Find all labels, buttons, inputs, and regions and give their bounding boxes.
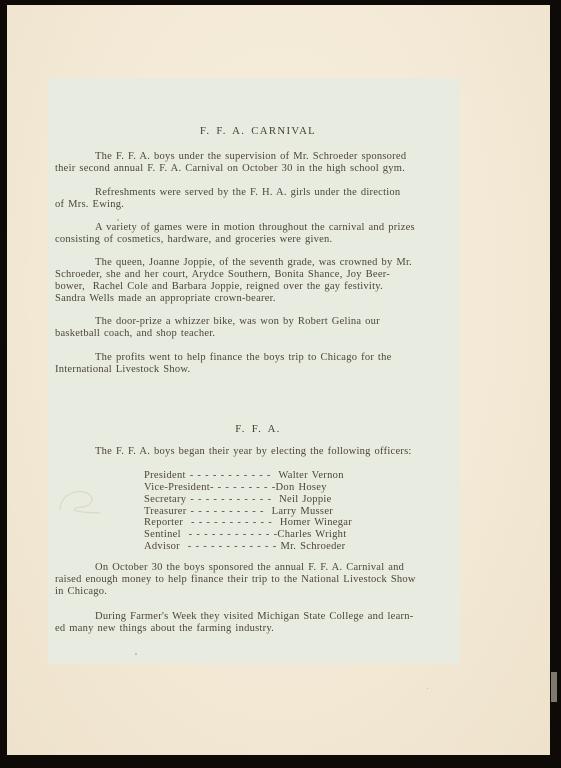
text-line: A variety of games were in motion throug… (55, 222, 473, 234)
page-edge-notch (551, 672, 557, 702)
officer-line-vice-president: Vice-President- - - - - - - - -Don Hosey (144, 482, 352, 494)
paper-speck (427, 688, 428, 689)
officer-line-secretary: Secretary - - - - - - - - - - - Neil Jop… (144, 494, 352, 506)
text-line: International Livestock Show. (55, 364, 473, 376)
text-line: bower, Rachel Cole and Barbara Joppie, r… (55, 281, 473, 293)
text-line: in Chicago. (55, 586, 473, 598)
officers-list: President - - - - - - - - - - - Walter V… (144, 470, 352, 553)
paragraph: A variety of games were in motion throug… (55, 222, 473, 246)
text-line: The door-prize a whizzer bike, was won b… (55, 316, 473, 328)
officer-line-reporter: Reporter - - - - - - - - - - - Homer Win… (144, 517, 352, 529)
text-line: their second annual F. F. A. Carnival on… (55, 163, 473, 175)
paragraph: The F. F. A. boys under the supervision … (55, 151, 473, 175)
paper-speck (117, 219, 119, 221)
officer-line-advisor: Advisor - - - - - - - - - - - - Mr. Schr… (144, 541, 352, 553)
text-line: basketball coach, and shop teacher. (55, 328, 473, 340)
officer-line-sentinel: Sentinel - - - - - - - - - - - -Charles … (144, 529, 352, 541)
officer-line-president: President - - - - - - - - - - - Walter V… (144, 470, 352, 482)
faint-pencil-mark (58, 486, 102, 516)
text-line: raised enough money to help finance thei… (55, 574, 473, 586)
text-line: The queen, Joanne Joppie, of the seventh… (55, 257, 473, 269)
text-line: consisting of cosmetics, hardware, and g… (55, 234, 473, 246)
section-title-ffa: F. F. A. (55, 423, 461, 435)
text-line: During Farmer's Week they visited Michig… (55, 611, 473, 623)
text-line: Schroeder, she and her court, Arydce Sou… (55, 269, 473, 281)
paragraph: Refreshments were served by the F. H. A.… (55, 187, 473, 211)
text-line: The profits went to help finance the boy… (55, 352, 473, 364)
paragraph: During Farmer's Week they visited Michig… (55, 611, 473, 635)
scanned-page-frame: F. F. A. CARNIVAL The F. F. A. boys unde… (0, 0, 561, 768)
section-title-carnival: F. F. A. CARNIVAL (55, 125, 461, 137)
paragraph: On October 30 the boys sponsored the ann… (55, 562, 473, 598)
paper-speck (135, 653, 137, 655)
paragraph: The profits went to help finance the boy… (55, 352, 473, 376)
paragraph: The door-prize a whizzer bike, was won b… (55, 316, 473, 340)
text-line: ed many new things about the farming ind… (55, 623, 473, 635)
text-line: On October 30 the boys sponsored the ann… (55, 562, 473, 574)
paragraph: The F. F. A. boys began their year by el… (55, 446, 473, 458)
text-line: of Mrs. Ewing. (55, 199, 473, 211)
text-line: Refreshments were served by the F. H. A.… (55, 187, 473, 199)
text-line: The F. F. A. boys under the supervision … (55, 151, 473, 163)
text-line: The F. F. A. boys began their year by el… (55, 446, 473, 458)
paragraph: The queen, Joanne Joppie, of the seventh… (55, 257, 473, 305)
officer-line-treasurer: Treasurer - - - - - - - - - - Larry Muss… (144, 506, 352, 518)
text-line: Sandra Wells made an appropriate crown-b… (55, 293, 473, 305)
